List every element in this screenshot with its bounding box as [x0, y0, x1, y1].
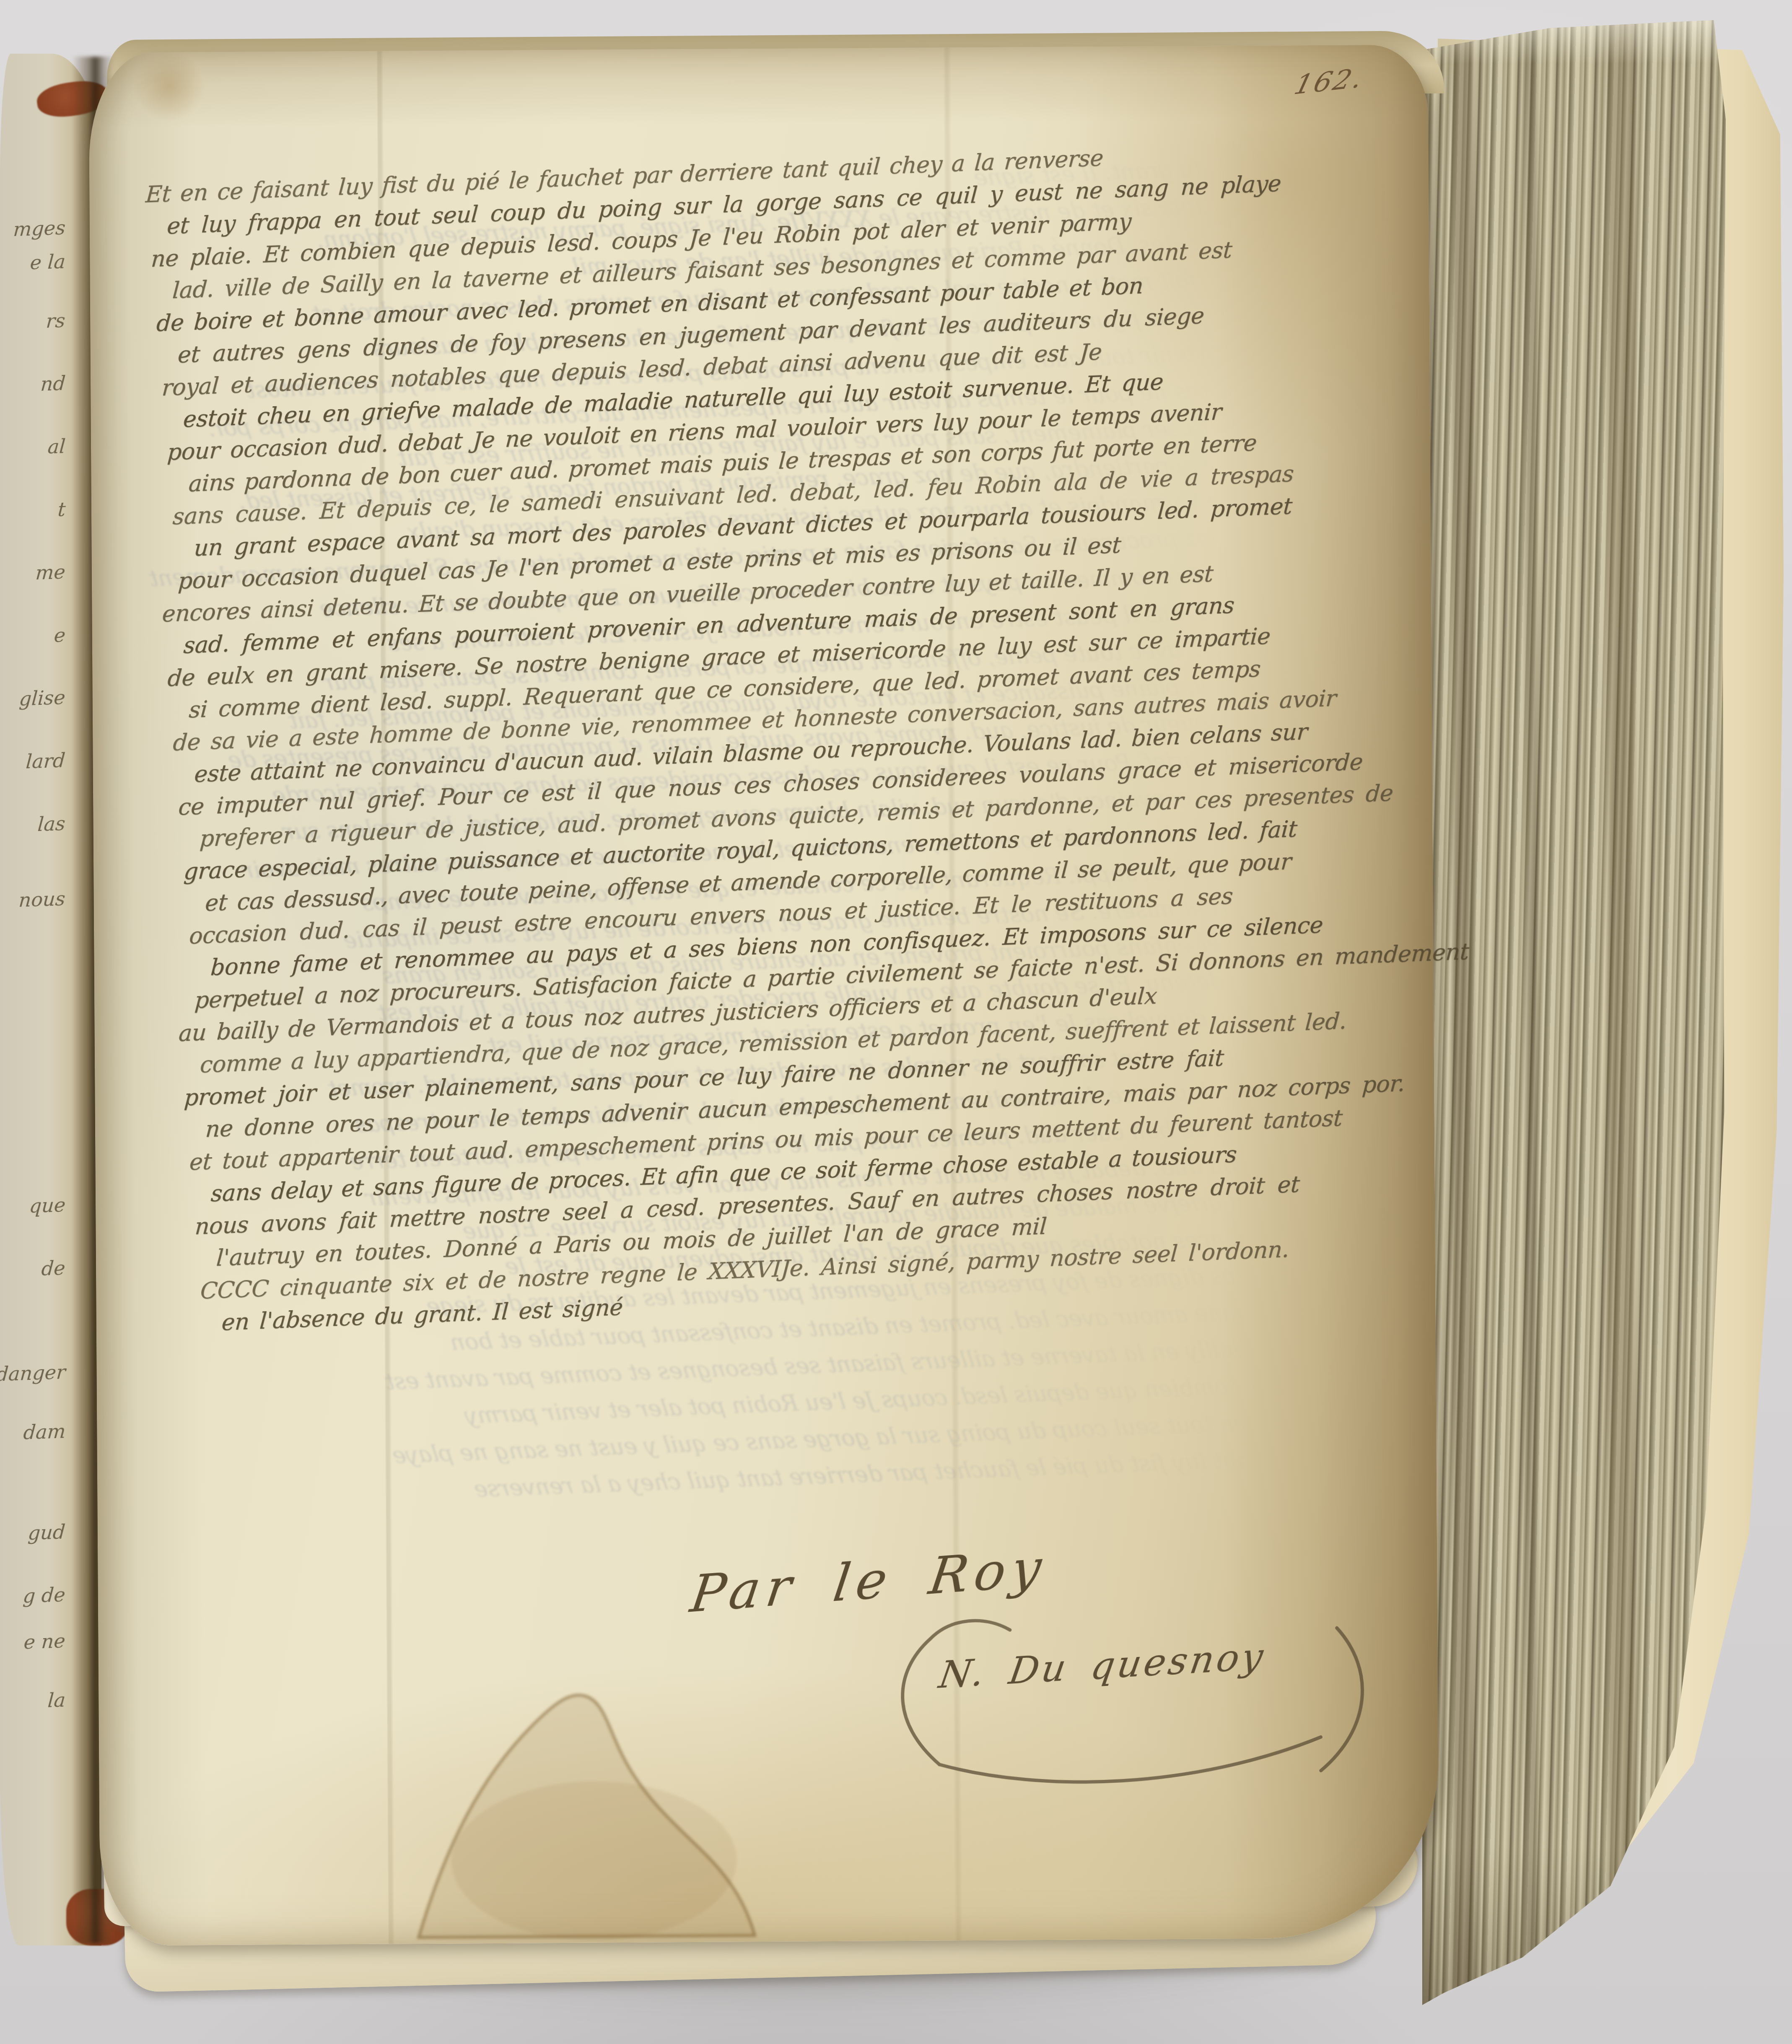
verso-fragment: dam — [22, 1420, 66, 1444]
verso-fragment: danger — [0, 1361, 66, 1386]
verso-fragment: mges — [13, 216, 66, 241]
verso-fragment: lard — [25, 749, 66, 773]
recto-page: en l'absence du grant. Il est signéCCCC … — [88, 44, 1439, 1945]
authorization-par-le-roy: Par le Roy — [687, 1538, 1051, 1624]
signature-flourish — [867, 1611, 1418, 1795]
verso-fragment: e ne — [23, 1629, 66, 1653]
photo-backdrop: { "page": { "folio_number": "162.", "qui… — [0, 0, 1792, 2044]
verso-fragment: e la — [29, 250, 66, 274]
manuscript-text-block: Et en ce faisant luy fist du pié le fauc… — [150, 132, 1401, 1340]
folio-number: 162. — [1291, 62, 1367, 101]
water-stain — [392, 1625, 855, 1946]
verso-fragment: nous — [18, 887, 66, 912]
verso-fragment: las — [37, 812, 66, 836]
verso-fragment: de — [41, 1257, 66, 1280]
verso-fragment: gud — [27, 1520, 66, 1544]
verso-fragment: e — [53, 624, 66, 647]
verso-fragment: g de — [22, 1583, 66, 1607]
verso-fragment: rs — [45, 309, 66, 332]
verso-fragment: la — [47, 1688, 66, 1712]
verso-fragment: nd — [40, 372, 66, 395]
verso-fragment: que — [29, 1194, 66, 1218]
verso-fragment: me — [35, 561, 66, 584]
verso-fragment: glise — [18, 686, 66, 710]
verso-fragment: al — [47, 435, 66, 458]
verso-fragment: t — [57, 498, 66, 521]
